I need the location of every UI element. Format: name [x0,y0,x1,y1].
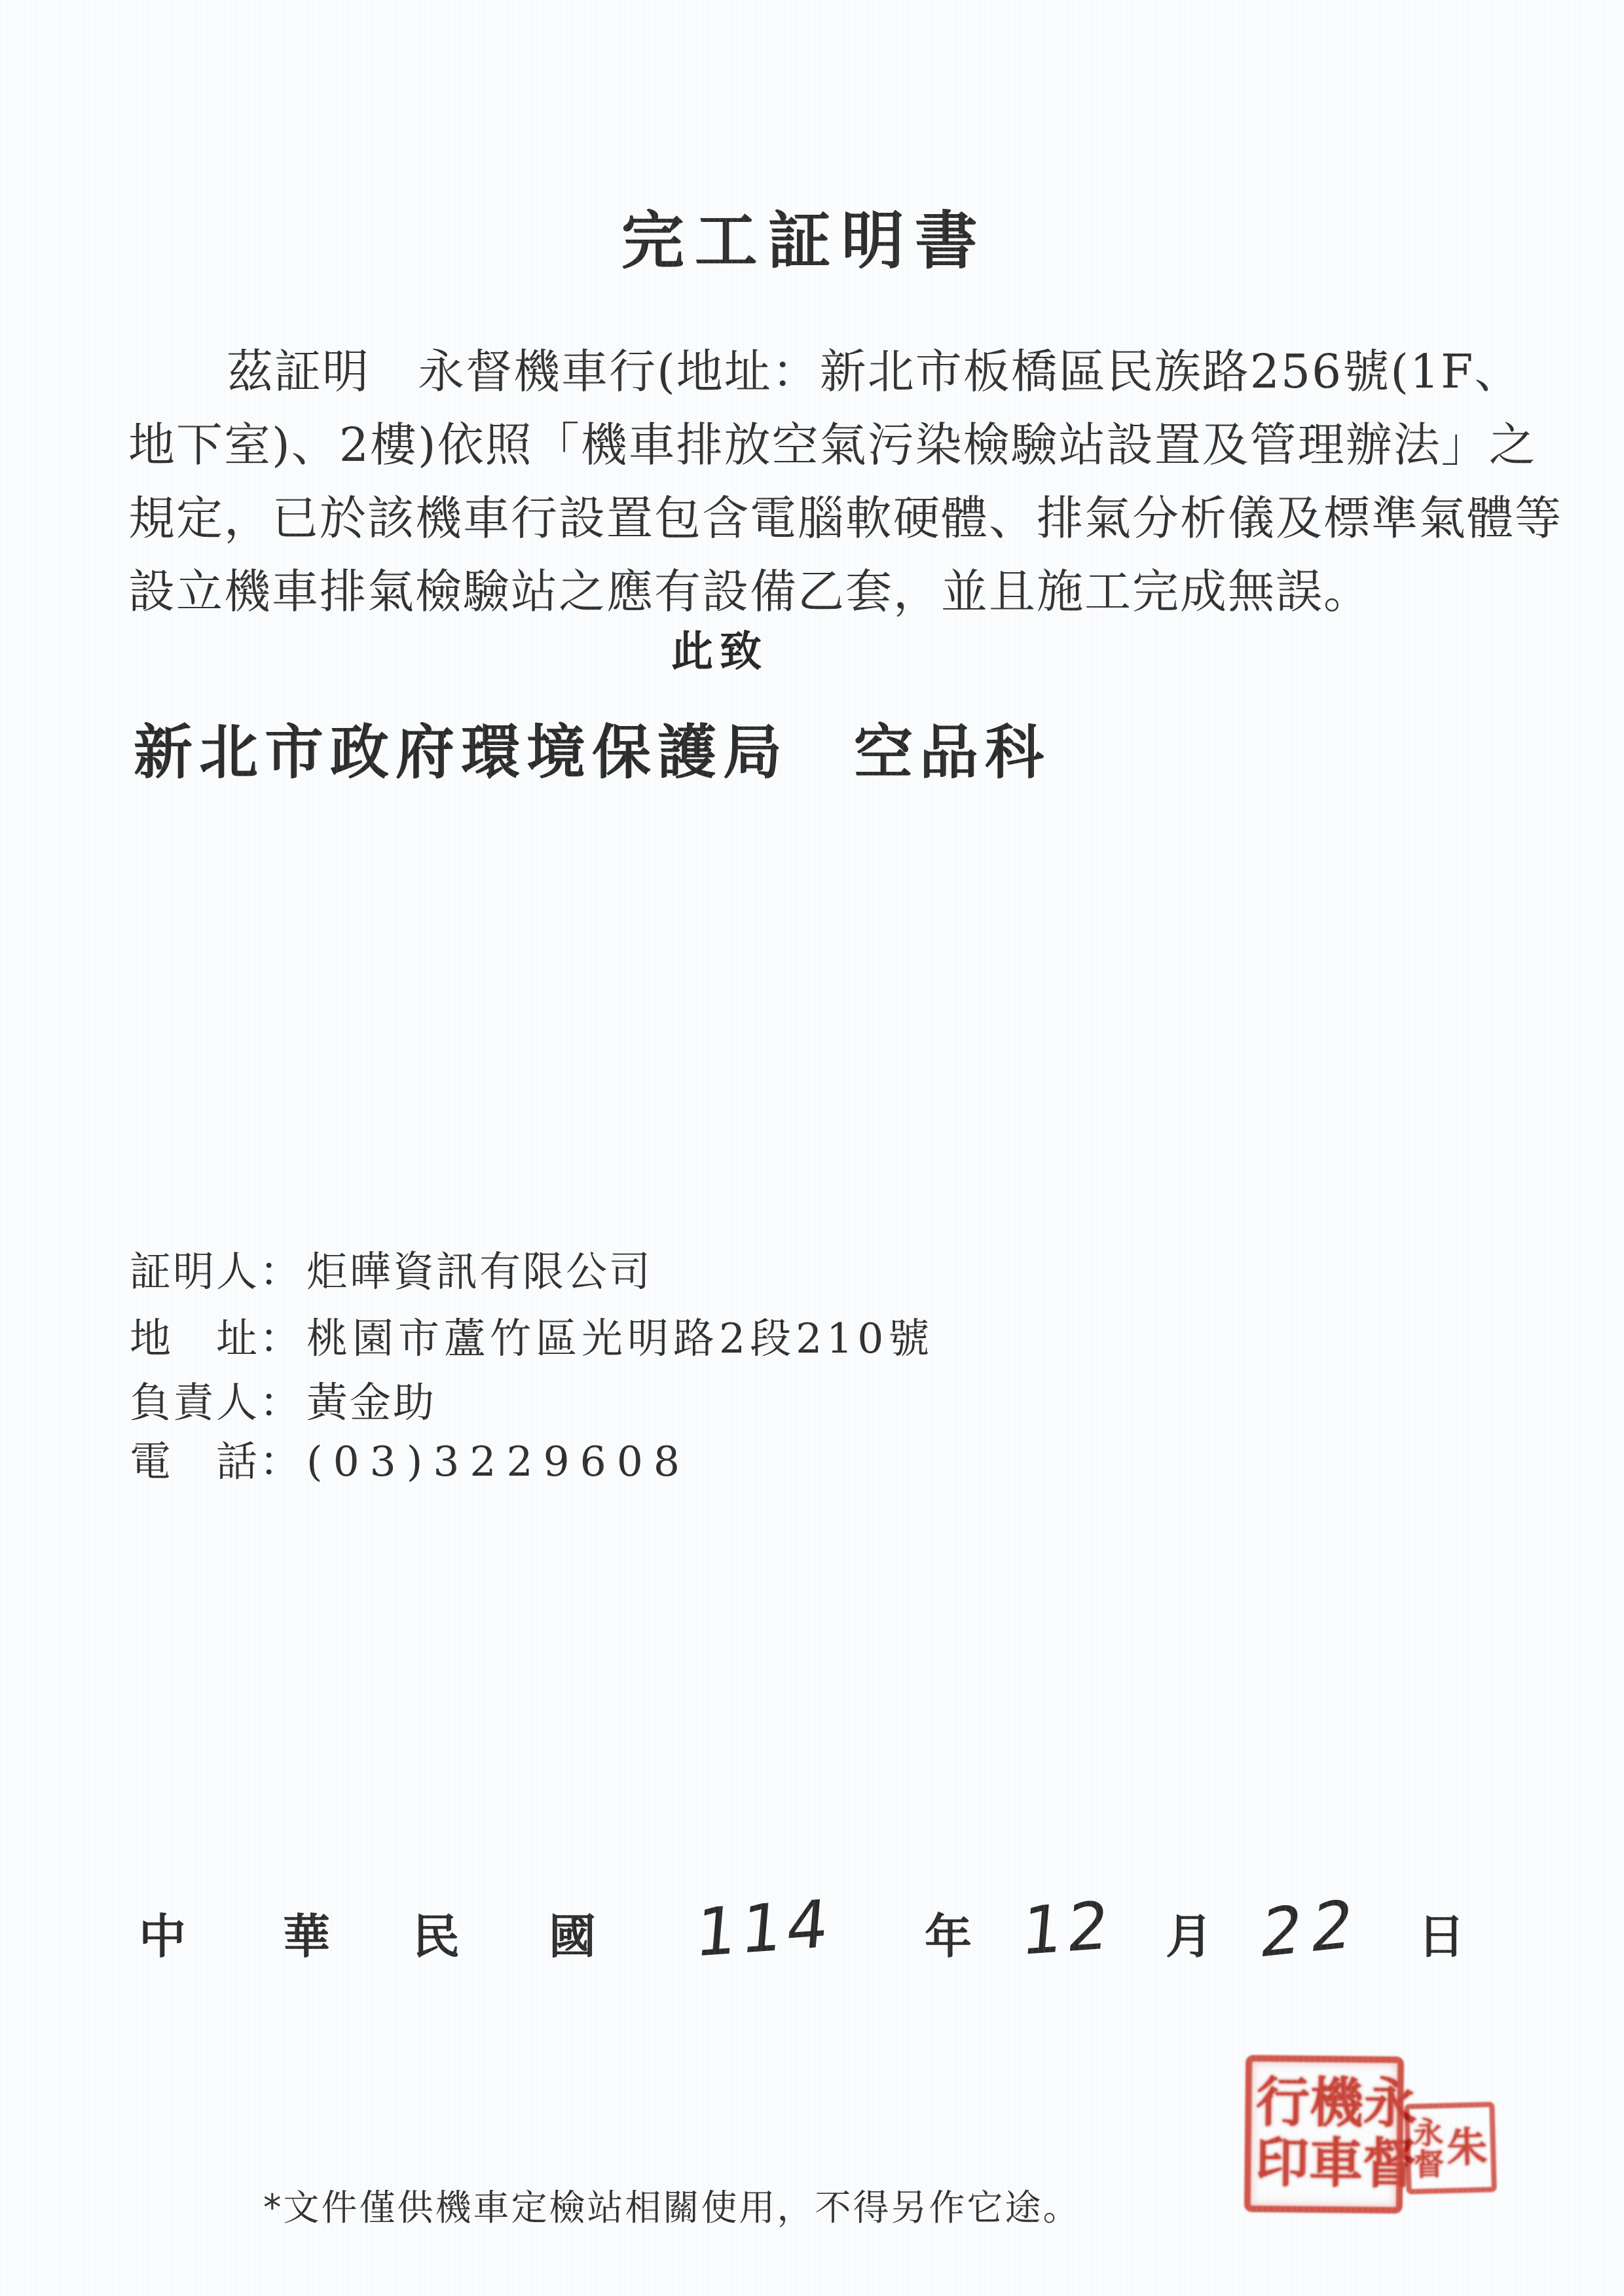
field-label: 電 話： [130,1438,303,1485]
era-char: 華 [283,1913,330,1960]
issuer-row-address: 地 址：桃園市蘆竹區光明路2段210號 [130,1305,934,1365]
certificate-page: 完工証明書 茲証明 永督機車行(地址：新北市板橋區民族路256號(1F、 地下室… [0,0,1624,2296]
body-paragraph: 茲証明 永督機車行(地址：新北市板橋區民族路256號(1F、 地下室)、2樓)依… [128,335,1477,629]
shop-seal-stamp: 永督 機車 行印 [1244,2055,1405,2214]
body-line: 設立機車排氣檢驗站之應有設備乙套，並且施工完成無誤。 [128,555,1477,629]
field-label: 負責人： [130,1379,303,1427]
seal-column: 機車 [1304,2074,1359,2195]
day-unit: 日 [1418,1913,1465,1960]
issuer-row-responsible-person: 負責人：黃金助 [130,1370,436,1429]
body-line: 地下室)、2樓)依照「機車排放空氣污染檢驗站設置及管理辦法」之 [128,409,1477,482]
salutation: 此致 [671,618,768,678]
field-label: 地 址： [130,1315,303,1362]
body-line: 茲証明 永督機車行(地址：新北市板橋區民族路256號(1F、 [128,335,1477,409]
handwritten-year: 114 [693,1891,835,1966]
seal-char: 朱 [1447,2127,1488,2169]
field-label: 証明人： [130,1248,303,1296]
year-unit: 年 [925,1913,972,1960]
handwritten-month: 12 [1019,1893,1116,1965]
field-value: 炬曄資訊有限公司 [306,1248,652,1296]
era-char: 中 [139,1913,186,1960]
recipient-agency: 新北市政府環境保護局 空品科 [134,704,1050,790]
owner-name-seal-stamp: 朱 永 督 [1404,2102,1497,2195]
seal-char: 督 [1414,2149,1445,2179]
issuer-row-phone: 電 話：(03)3229608 [130,1429,690,1488]
usage-footnote: *文件僅供機車定檢站相關使用，不得另作它途。 [263,2179,1081,2231]
document-title: 完工証明書 [621,191,988,281]
field-value: 桃園市蘆竹區光明路2段210號 [306,1315,934,1362]
handwritten-day: 22 [1256,1890,1367,1967]
field-value: (03)3229608 [306,1438,690,1485]
seal-column: 永 督 [1412,2117,1444,2179]
body-line: 規定，已於該機車行設置包含電腦軟硬體、排氣分析儀及標準氣體等 [128,482,1477,555]
seal-char: 永 [1412,2117,1443,2148]
seal-column: 行印 [1251,2073,1306,2195]
era-char: 民 [413,1913,460,1960]
month-unit: 月 [1166,1913,1213,1960]
field-value: 黃金助 [306,1379,436,1427]
issuer-row-certifier: 証明人：炬曄資訊有限公司 [130,1239,652,1298]
era-char: 國 [549,1913,596,1960]
